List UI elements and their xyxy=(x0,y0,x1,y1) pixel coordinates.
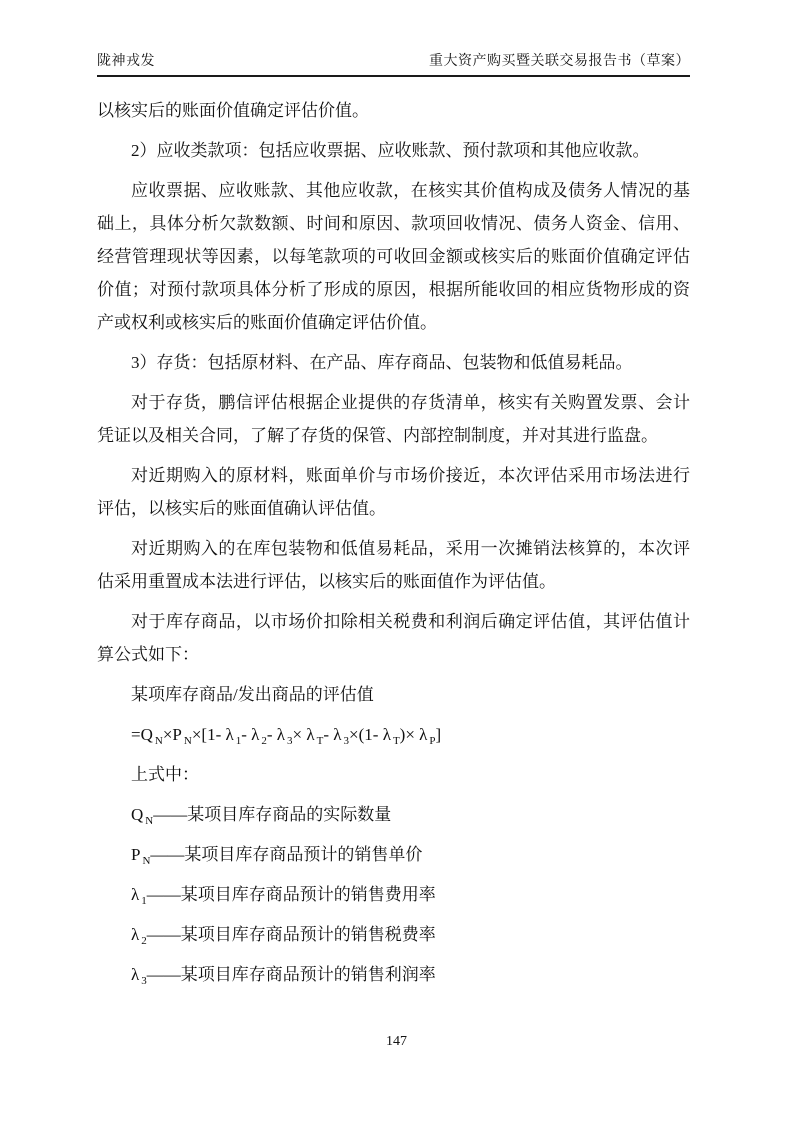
var-def-qn: QN——某项目库存商品的实际数量 xyxy=(97,798,690,831)
document-body: 以核实后的账面价值确定评估价值。 2）应收类款项：包括应收票据、应收账款、预付款… xyxy=(97,94,690,998)
page-number: 147 xyxy=(386,1034,407,1049)
para-formula-legend-intro: 上式中： xyxy=(97,758,690,791)
document-header: 陇神戎发 重大资产购买暨关联交易报告书（草案） xyxy=(97,50,690,77)
page-footer: 147 xyxy=(0,1034,793,1050)
para-inventory-heading: 3）存货：包括原材料、在产品、库存商品、包装物和低值易耗品。 xyxy=(97,346,690,379)
para-inventory-procedure: 对于存货，鹏信评估根据企业提供的存货清单，核实有关购置发票、会计凭证以及相关合同… xyxy=(97,386,690,452)
para-continuation: 以核实后的账面价值确定评估价值。 xyxy=(97,94,690,127)
formula-line: =QN×PN×[1- λ1- λ2- λ3× λT- λ3×(1- λT)× λ… xyxy=(97,718,690,751)
var-def-lambda2: λ2——某项目库存商品预计的销售税费率 xyxy=(97,918,690,951)
para-receivables-detail: 应收票据、应收账款、其他应收款，在核实其价值构成及债务人情况的基础上，具体分析欠… xyxy=(97,174,690,339)
para-finished-goods-intro: 对于库存商品，以市场价扣除相关税费和利润后确定评估值，其评估值计算公式如下： xyxy=(97,605,690,671)
para-raw-materials: 对近期购入的原材料，账面单价与市场价接近，本次评估采用市场法进行评估，以核实后的… xyxy=(97,459,690,525)
header-report-title: 重大资产购买暨关联交易报告书（草案） xyxy=(429,50,690,70)
header-company-name: 陇神戎发 xyxy=(97,50,155,70)
var-def-lambda1: λ1——某项目库存商品预计的销售费用率 xyxy=(97,878,690,911)
var-def-lambda3: λ3——某项目库存商品预计的销售利润率 xyxy=(97,958,690,991)
var-def-pn: PN——某项目库存商品预计的销售单价 xyxy=(97,838,690,871)
document-page: 陇神戎发 重大资产购买暨关联交易报告书（草案） 以核实后的账面价值确定评估价值。… xyxy=(0,0,793,1122)
para-packaging-consumables: 对近期购入的在库包装物和低值易耗品，采用一次摊销法核算的，本次评估采用重置成本法… xyxy=(97,532,690,598)
para-formula-subject: 某项库存商品/发出商品的评估值 xyxy=(97,678,690,711)
para-receivables-heading: 2）应收类款项：包括应收票据、应收账款、预付款项和其他应收款。 xyxy=(97,134,690,167)
